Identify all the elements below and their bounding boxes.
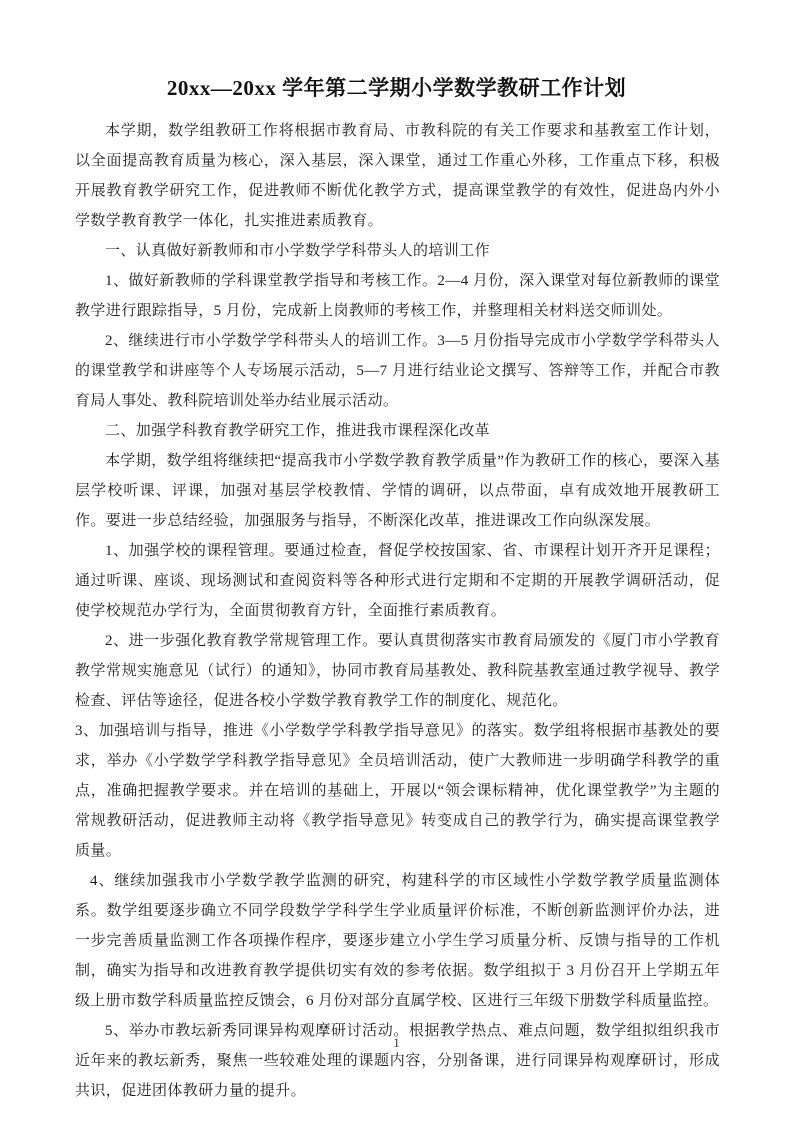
paragraph-intro: 本学期，数学组教研工作将根据市教育局、市教科院的有关工作要求和基教室工作计划，以… [75, 116, 720, 236]
section-2-item-1: 1、加强学校的课程管理。要通过检查，督促学校按国家、省、市课程计划开齐开足课程；… [75, 536, 720, 626]
section-2-heading: 二、加强学科教育教学研究工作，推进我市课程深化改革 [75, 416, 720, 446]
section-2-item-5: 5、举办市教坛新秀同课异构观摩研讨活动。根据教学热点、难点问题，数学组拟组织我市… [75, 1016, 720, 1106]
page-number: 1 [0, 1035, 793, 1051]
section-2-item-2: 2、进一步强化教育教学常规管理工作。要认真贯彻落实市教育局颁发的《厦门市小学教育… [75, 626, 720, 716]
document-page: 20xx—20xx 学年第二学期小学数学教研工作计划 本学期，数学组教研工作将根… [0, 0, 793, 1122]
document-title: 20xx—20xx 学年第二学期小学数学教研工作计划 [0, 0, 793, 104]
section-1-item-2: 2、继续进行市小学数学学科带头人的培训工作。3—5 月份指导完成市小学数学学科带… [75, 326, 720, 416]
section-1-heading: 一、认真做好新教师和市小学数学学科带头人的培训工作 [75, 236, 720, 266]
section-1-item-1: 1、做好新教师的学科课堂教学指导和考核工作。2—4 月份，深入课堂对每位新教师的… [75, 266, 720, 326]
section-2-item-4: 4、继续加强我市小学数学教学监测的研究，构建科学的市区域性小学数学教学质量监测体… [75, 866, 720, 1016]
section-2-intro: 本学期，数学组将继续把“提高我市小学数学教育教学质量”作为教研工作的核心，要深入… [75, 446, 720, 536]
document-body: 本学期，数学组教研工作将根据市教育局、市教科院的有关工作要求和基教室工作计划，以… [75, 116, 720, 1106]
section-2-item-3: 3、加强培训与指导，推进《小学数学学科教学指导意见》的落实。数学组将根据市基教处… [75, 716, 720, 866]
